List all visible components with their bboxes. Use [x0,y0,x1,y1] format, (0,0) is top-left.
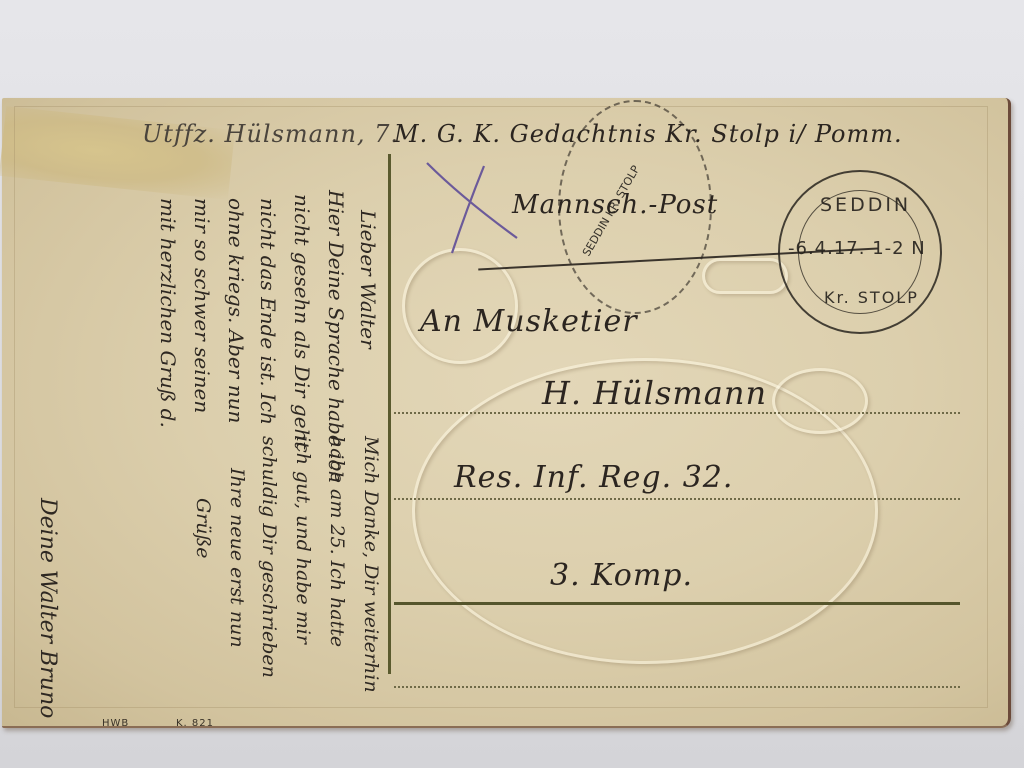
address-line-2 [394,498,960,500]
message-line: ich gut, und habe mir [292,436,314,644]
message-line: mit herzlichen Gruß d. [156,198,180,428]
message-line: nicht gesehn als Dir geht [290,194,314,449]
postmark-district: Kr. STOLP [824,288,919,307]
postmark-date: -6.4.17. 1-2 N [788,238,926,259]
message-address-divider [388,154,391,674]
recipient-line-3: Res. Inf. Reg. 32. [454,460,733,495]
embossed-leaf [772,368,868,434]
message-block: Lieber Walter Hier Deine Sprache habe ic… [2,98,388,726]
message-line: Deine Walter Bruno [35,498,60,718]
recipient-line-2: H. Hülsmann [542,374,767,412]
message-line: Grüße [192,498,214,558]
crayon-cross-mark [422,158,542,258]
postmark-seddin: SEDDIN -6.4.17. 1-2 N Kr. STOLP [778,170,942,334]
message-line: habe am 25. Ich hatte [326,436,348,647]
recipient-line-4: 3. Komp. [550,558,693,593]
recipient-line-1: An Musketier [420,304,638,339]
message-line: nicht das Ende ist. Ich [256,198,280,425]
card-number-imprint: K. 821 [176,718,214,729]
publisher-imprint: HWB [102,718,129,729]
message-line: Mich Danke, Dir weiterhin [360,436,382,693]
message-line: ohne kriegs. Aber nun [224,198,248,423]
message-line: Lieber Walter [356,210,380,349]
message-line: Ihre neue erst nun [226,468,248,648]
postmark-seddin-kr: SEDDIN KR. STOLP [558,100,712,314]
message-line: mir so schwer seinen [190,198,214,413]
embossed-leaf [702,258,788,294]
postmark-town: SEDDIN [820,194,911,216]
address-line-4 [394,686,960,688]
postmark-seddin-kr-text: SEDDIN KR. STOLP [580,163,642,258]
address-line-1 [394,412,960,414]
message-line: schuldig Dir geschrieben [258,436,280,678]
address-line-3 [394,602,960,605]
postcard: Utffz. Hülsmann, 7. M. G. K. Gedachtnis … [2,98,1011,728]
